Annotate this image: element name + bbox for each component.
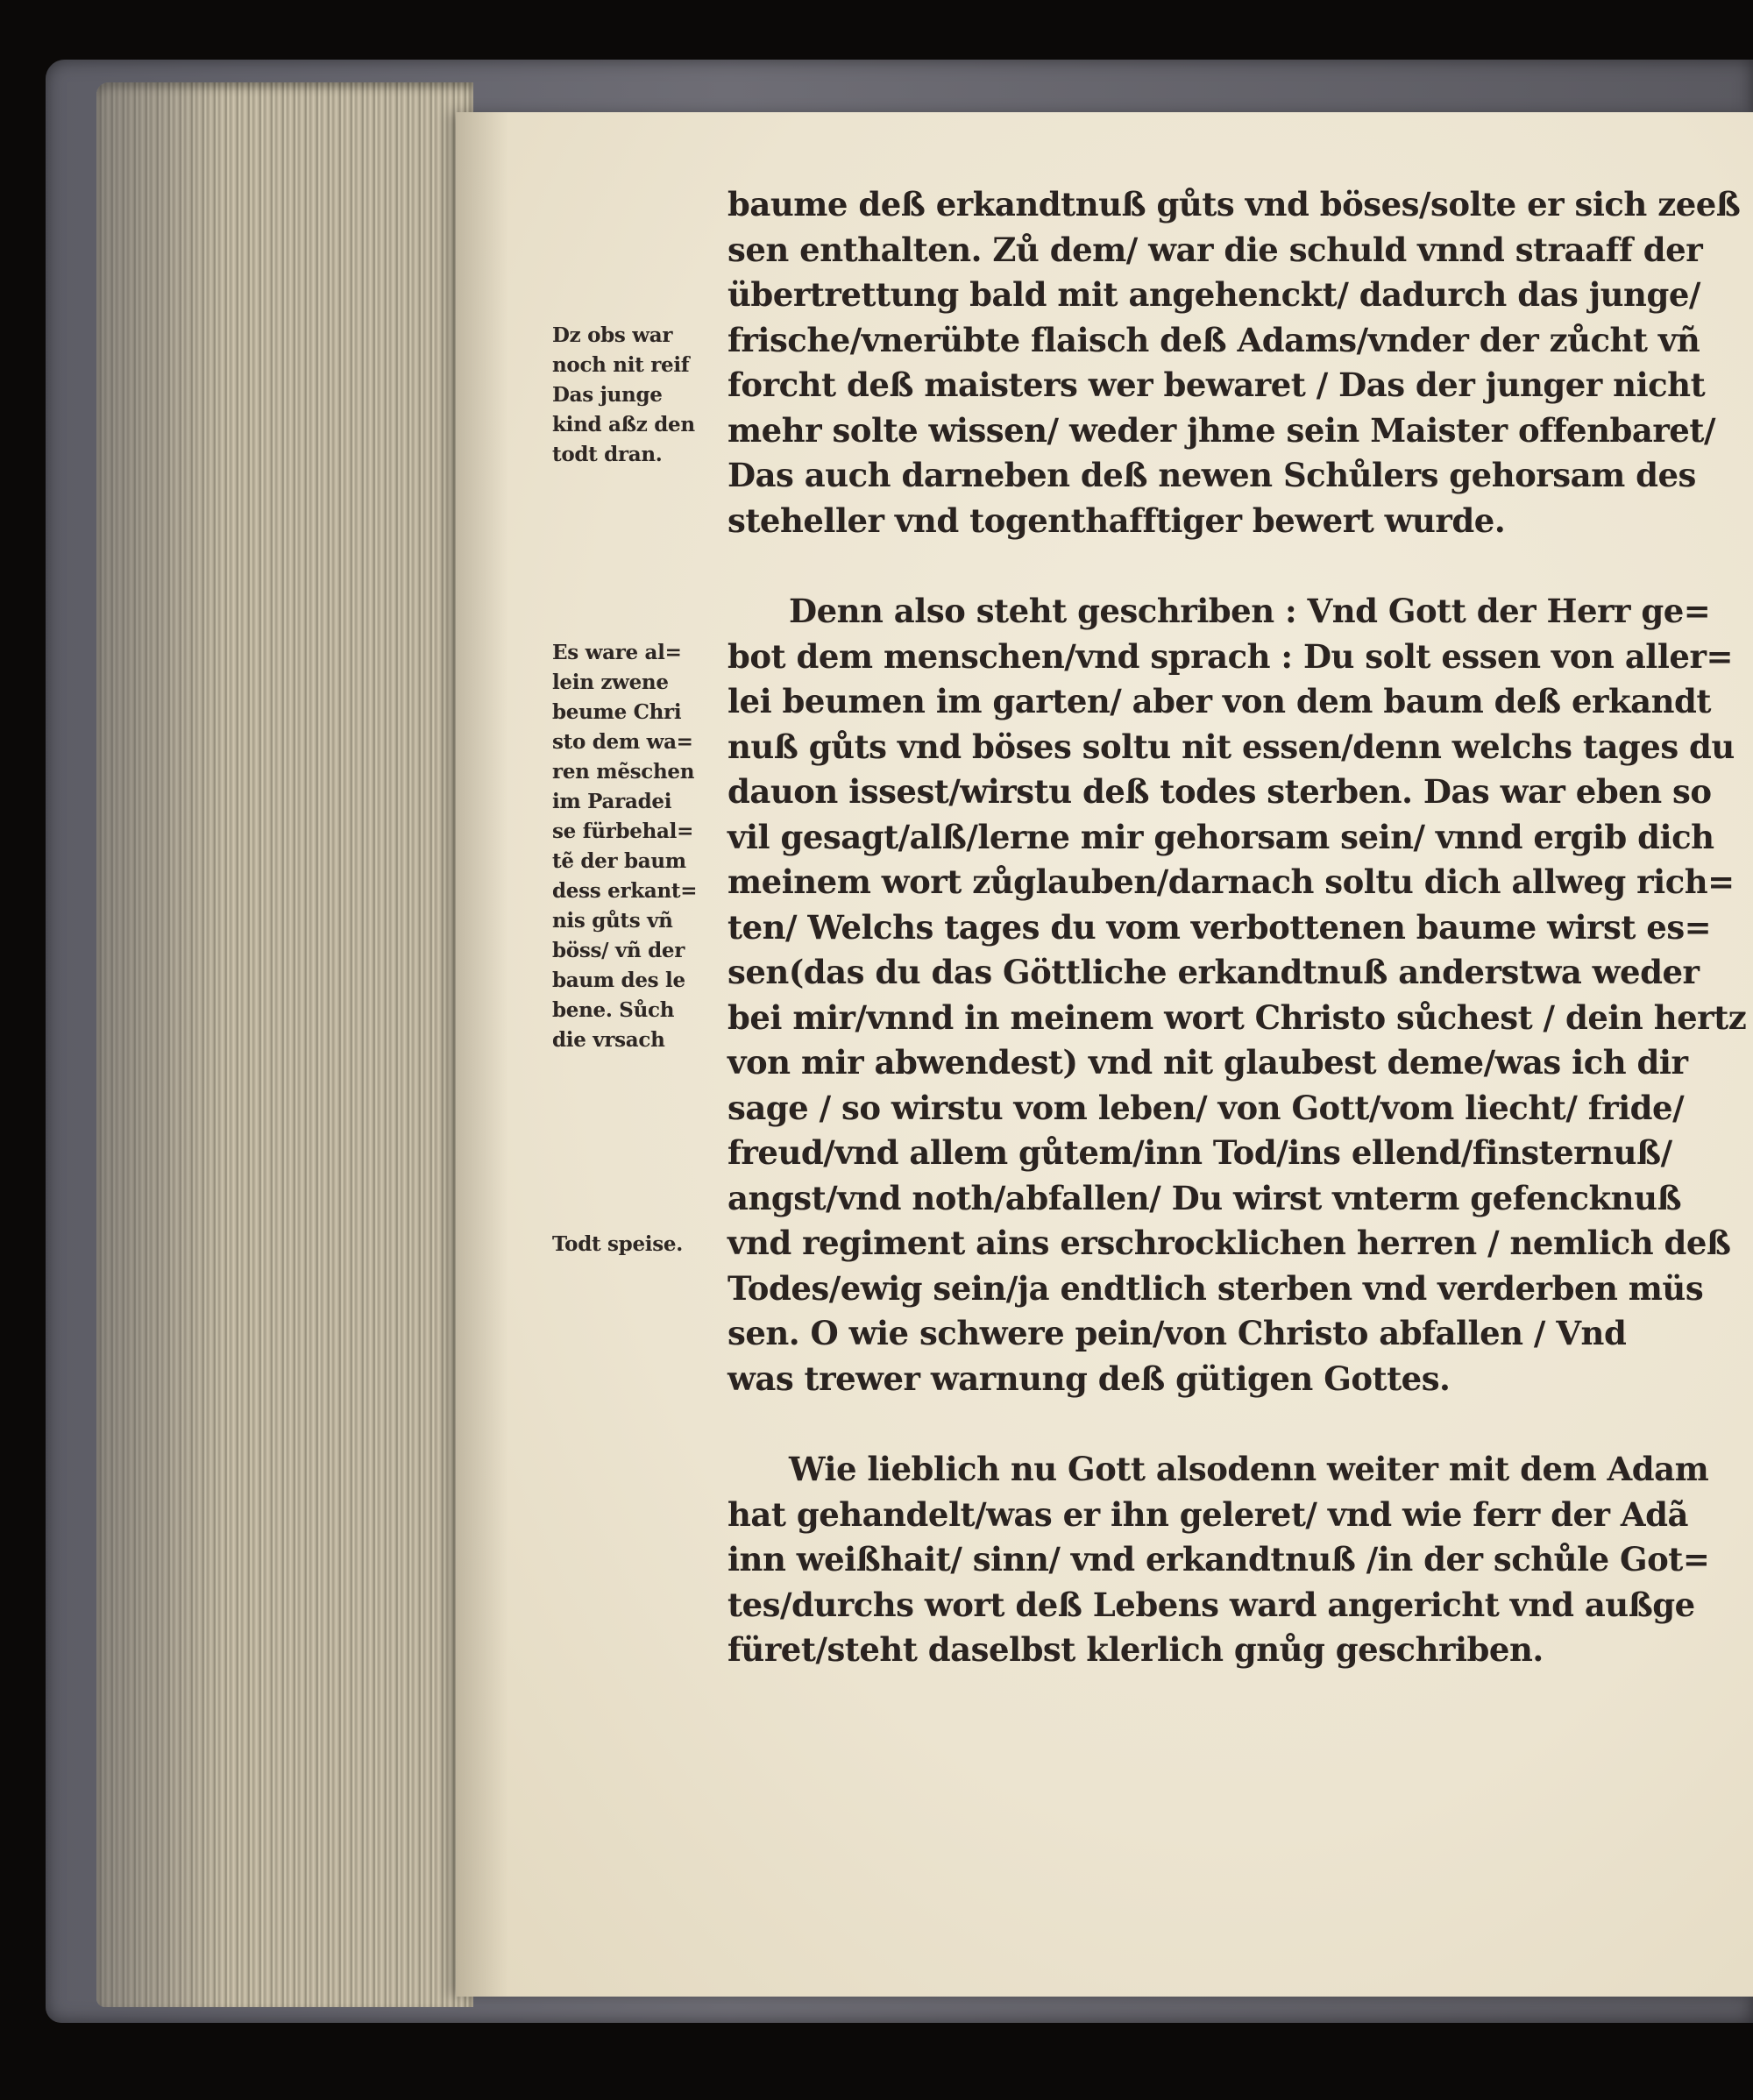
text-line: übertrettung bald mit angehenckt/ dadurc… [727, 273, 1735, 318]
text-line: vnd regiment ains erschrocklichen herren… [727, 1221, 1735, 1266]
text-line: baume deß erkandtnuß gůts vnd böses/solt… [727, 182, 1735, 228]
text-line: ten/ Welchs tages du vom verbottenen bau… [727, 905, 1735, 951]
text-line: tes/durchs wort deß Lebens ward angerich… [727, 1583, 1735, 1628]
text-line: meinem wort zůglauben/darnach soltu dich… [727, 860, 1735, 905]
margin-line: ren mẽschen [552, 757, 719, 787]
text-line: bei mir/vnnd in meinem wort Christo sůch… [727, 996, 1735, 1041]
book-page: Dz obs war noch nit reif Das junge kind … [456, 112, 1753, 1997]
text-line: füret/steht daselbst klerlich gnůg gesch… [727, 1628, 1735, 1673]
margin-note-2: Es ware al= lein zwene beume Chri sto de… [552, 638, 719, 1055]
text-line: dauon issest/wirstu deß todes sterben. D… [727, 770, 1735, 815]
margin-line: noch nit reif [552, 351, 719, 380]
paragraph-2: Denn also steht geschriben : Vnd Gott de… [727, 589, 1735, 1401]
text-line: Denn also steht geschriben : Vnd Gott de… [727, 589, 1735, 635]
text-line: Wie lieblich nu Gott alsodenn weiter mit… [727, 1447, 1735, 1493]
margin-line: böss/ vñ der [552, 936, 719, 966]
text-line: sage / so wirstu vom leben/ von Gott/vom… [727, 1086, 1735, 1132]
text-line: Das auch darneben deß newen Schůlers geh… [727, 453, 1735, 499]
paragraph-3: Wie lieblich nu Gott alsodenn weiter mit… [727, 1447, 1735, 1673]
margin-line: lein zwene [552, 668, 719, 698]
margin-line: im Paradei [552, 787, 719, 817]
margin-line: Todt speise. [552, 1230, 719, 1259]
margin-line: tẽ der baum [552, 847, 719, 876]
text-line: sen. O wie schwere pein/von Christo abfa… [727, 1311, 1735, 1357]
margin-line: die vrsach [552, 1025, 719, 1055]
text-line: bot dem menschen/vnd sprach : Du solt es… [727, 635, 1735, 680]
margin-line: Das junge [552, 380, 719, 410]
margin-line: bene. Sůch [552, 996, 719, 1025]
text-line: lei beumen im garten/ aber von dem baum … [727, 679, 1735, 725]
text-line: freud/vnd allem gůtem/inn Tod/ins ellend… [727, 1131, 1735, 1176]
margin-line: dess erkant= [552, 876, 719, 906]
text-line: angst/vnd noth/abfallen/ Du wirst vnterm… [727, 1176, 1735, 1222]
paragraph-spacer [727, 1401, 1735, 1447]
text-line: frische/vnerübte flaisch deß Adams/vnder… [727, 318, 1735, 364]
margin-line: kind aßz den [552, 410, 719, 440]
text-line: was trewer warnung deß gütigen Gottes. [727, 1357, 1735, 1402]
main-text-block: baume deß erkandtnuß gůts vnd böses/solt… [727, 182, 1735, 1673]
margin-line: todt dran. [552, 440, 719, 470]
text-line: nuß gůts vnd böses soltu nit essen/denn … [727, 725, 1735, 770]
margin-line: sto dem wa= [552, 727, 719, 757]
text-line: Todes/ewig sein/ja endtlich sterben vnd … [727, 1266, 1735, 1312]
paragraph-spacer [727, 543, 1735, 589]
margin-note-3: Todt speise. [552, 1230, 719, 1259]
margin-line: Es ware al= [552, 638, 719, 668]
text-line: sen(das du das Göttliche erkandtnuß ande… [727, 950, 1735, 996]
margin-line: se fürbehal= [552, 817, 719, 847]
text-line: vil gesagt/alß/lerne mir gehorsam sein/ … [727, 815, 1735, 861]
text-line: inn weißhait/ sinn/ vnd erkandtnuß /in d… [727, 1537, 1735, 1583]
margin-line: nis gůts vñ [552, 906, 719, 936]
margin-line: beume Chri [552, 698, 719, 727]
text-line: steheller vnd togenthafftiger bewert wur… [727, 499, 1735, 544]
margin-line: baum des le [552, 966, 719, 996]
text-line: hat gehandelt/was er ihn geleret/ vnd wi… [727, 1493, 1735, 1538]
margin-note-1: Dz obs war noch nit reif Das junge kind … [552, 321, 719, 470]
text-line: von mir abwendest) vnd nit glaubest deme… [727, 1040, 1735, 1086]
text-line: mehr solte wissen/ weder jhme sein Maist… [727, 408, 1735, 454]
margin-line: Dz obs war [552, 321, 719, 351]
text-line: sen enthalten. Zů dem/ war die schuld vn… [727, 228, 1735, 273]
page-stack-edges [96, 82, 473, 2007]
paragraph-1: baume deß erkandtnuß gůts vnd böses/solt… [727, 182, 1735, 543]
text-line: forcht deß maisters wer bewaret / Das de… [727, 363, 1735, 408]
